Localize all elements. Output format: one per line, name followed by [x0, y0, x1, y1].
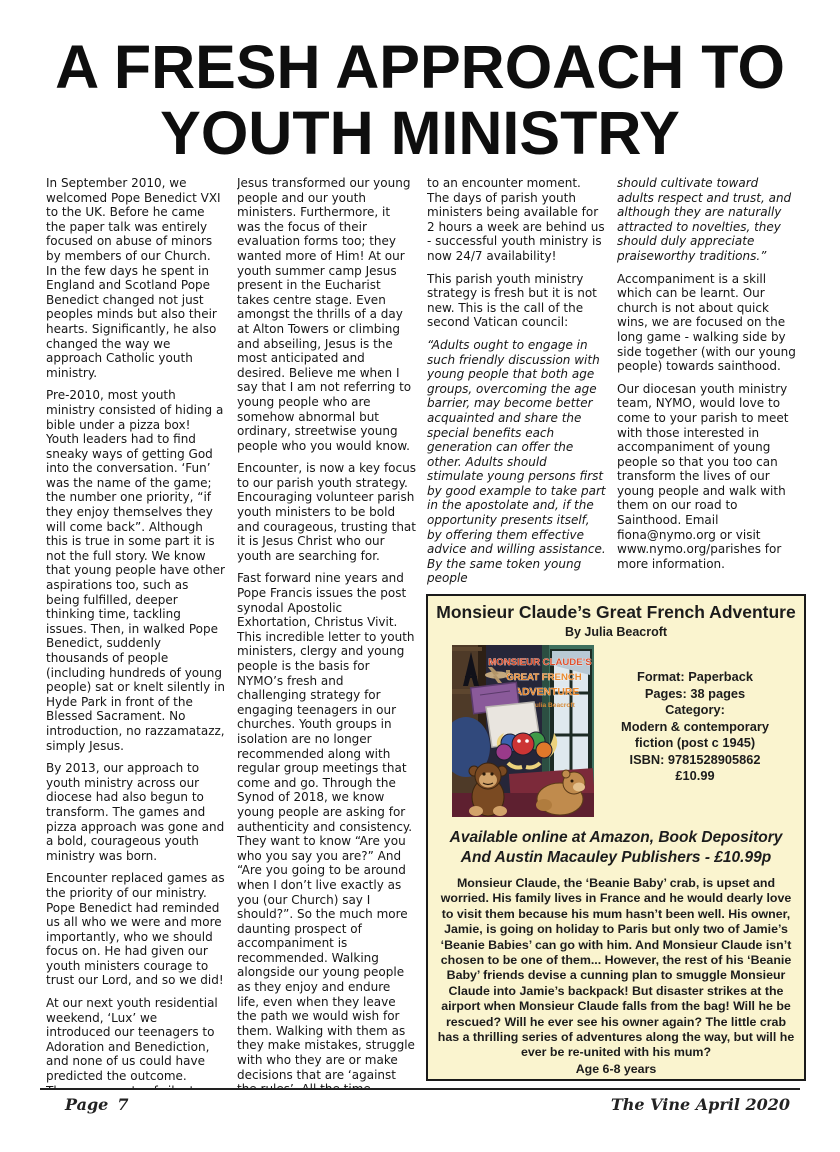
- book-description: Monsieur Claude, the ‘Beanie Baby’ crab,…: [436, 876, 796, 1061]
- page-title-line2: YOUTH MINISTRY: [0, 100, 840, 166]
- availability: Available online at Amazon, Book Deposit…: [436, 828, 796, 868]
- svg-text:Julia Beacroft: Julia Beacroft: [531, 702, 575, 709]
- book-detail-line: Category:: [594, 702, 796, 719]
- paragraph: Pre-2010, most youth ministry consisted …: [46, 388, 225, 753]
- book-detail-line: Pages: 38 pages: [594, 686, 796, 703]
- paragraph: At our next youth residential weekend, ‘…: [46, 996, 225, 1088]
- footer: Page 7 The Vine April 2020: [40, 1088, 800, 1114]
- paragraph: This parish youth ministry strategy is f…: [427, 272, 606, 330]
- book-details: Format: PaperbackPages: 38 pagesCategory…: [594, 645, 796, 817]
- book-author-byline: By Julia Beacroft: [436, 625, 796, 639]
- article-column-3: to an encounter moment. The days of pari…: [427, 176, 606, 596]
- paragraph: to an encounter moment. The days of pari…: [427, 176, 606, 264]
- page-number-group: Page 7: [40, 1095, 128, 1114]
- book-detail-line: Format: Paperback: [594, 669, 796, 686]
- monkey-icon: [469, 763, 507, 816]
- paragraph: Accompaniment is a skill which can be le…: [617, 272, 796, 374]
- paragraph: Our diocesan youth ministry team, NYMO, …: [617, 382, 796, 572]
- availability-line2: And Austin Macauley Publishers - £10.99p: [436, 848, 796, 868]
- paragraph: In September 2010, we welcomed Pope Bene…: [46, 176, 225, 380]
- paragraph: Jesus transformed our young people and o…: [237, 176, 416, 453]
- article-column-4: should cultivate toward adults respect a…: [617, 176, 796, 596]
- page-label: Page: [65, 1095, 108, 1114]
- paragraph: Encounter, is now a key focus to our par…: [237, 461, 416, 563]
- svg-text:MONSIEUR CLAUDE’S: MONSIEUR CLAUDE’S: [488, 657, 592, 668]
- article-column-2: Jesus transformed our young people and o…: [237, 176, 416, 1088]
- book-promo-box: Monsieur Claude’s Great French Adventure…: [426, 594, 806, 1081]
- paragraph: Fast forward nine years and Pope Francis…: [237, 571, 416, 1088]
- publication-name: The Vine April 2020: [611, 1095, 800, 1114]
- paragraph: Encounter replaced games as the priority…: [46, 871, 225, 988]
- page-title-line1: A FRESH APPROACH TO: [0, 34, 840, 100]
- paragraph: “Adults ought to engage in such friendly…: [427, 338, 606, 586]
- book-detail-line: £10.99: [594, 768, 796, 785]
- book-cover: MONSIEUR CLAUDE’S GREAT FRENCH ADVENTURE…: [452, 645, 594, 817]
- page-number: 7: [117, 1095, 128, 1114]
- book-cover-illustration: MONSIEUR CLAUDE’S GREAT FRENCH ADVENTURE…: [452, 645, 594, 817]
- page-title: A FRESH APPROACH TO YOUTH MINISTRY: [0, 34, 840, 166]
- article-column-1: In September 2010, we welcomed Pope Bene…: [46, 176, 225, 1088]
- book-promo-row: MONSIEUR CLAUDE’S GREAT FRENCH ADVENTURE…: [436, 645, 796, 817]
- age-range: Age 6-8 years: [436, 1062, 796, 1076]
- book-promo-title: Monsieur Claude’s Great French Adventure: [436, 602, 796, 623]
- book-detail-line: fiction (post c 1945): [594, 735, 796, 752]
- book-detail-line: ISBN: 9781528905862: [594, 752, 796, 769]
- paragraph: should cultivate toward adults respect a…: [617, 176, 796, 264]
- book-detail-line: Modern & contemporary: [594, 719, 796, 736]
- svg-text:ADVENTURE: ADVENTURE: [515, 687, 580, 698]
- paragraph: By 2013, our approach to youth ministry …: [46, 761, 225, 863]
- svg-text:GREAT FRENCH: GREAT FRENCH: [506, 672, 582, 683]
- availability-line1: Available online at Amazon, Book Deposit…: [436, 828, 796, 848]
